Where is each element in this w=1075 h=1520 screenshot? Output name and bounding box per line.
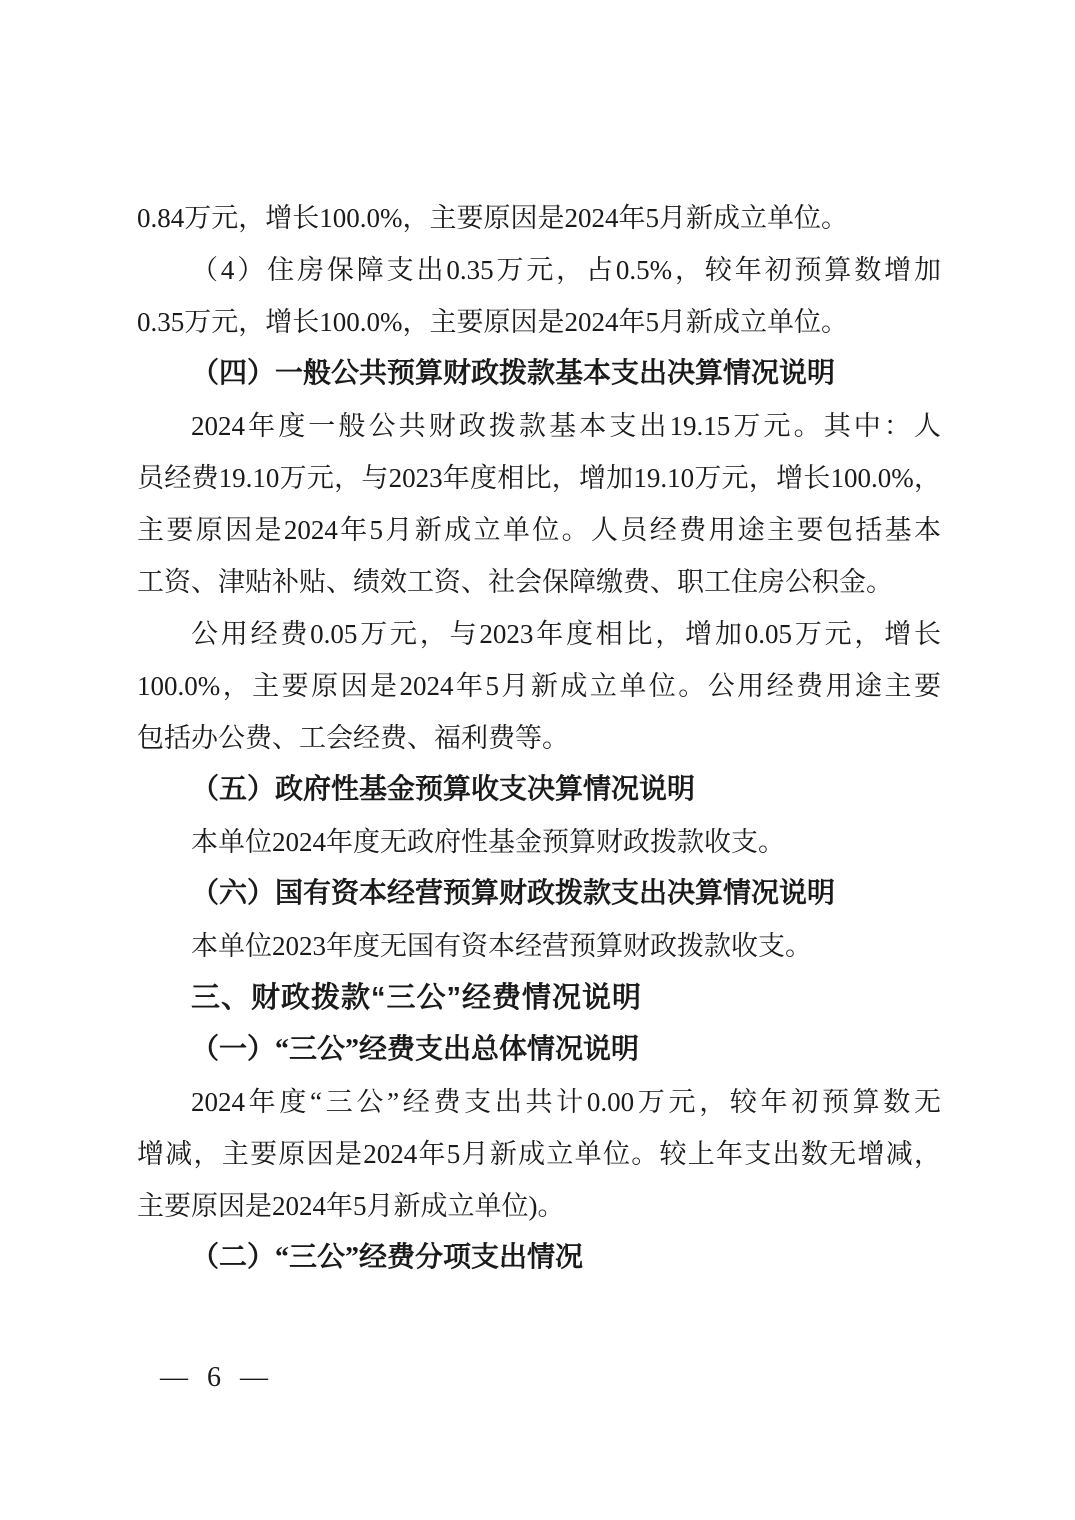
paragraph: 公用经费0.05万元，与2023年度相比，增加0.05万元，增长100.0%，主… <box>137 608 941 764</box>
section-heading: 三、财政拨款“三公”经费情况说明 <box>137 972 941 1024</box>
text-line: 主要原因是2024年5月新成立单位)。 <box>137 1180 941 1232</box>
heading-line: 三、财政拨款“三公”经费情况说明 <box>137 972 941 1024</box>
text-line: 0.84万元，增长100.0%，主要原因是2024年5月新成立单位。 <box>137 192 941 244</box>
document-body: 0.84万元，增长100.0%，主要原因是2024年5月新成立单位。（4）住房保… <box>137 192 941 1284</box>
paragraph: 本单位2024年度无政府性基金预算财政拨款收支。 <box>137 816 941 868</box>
text-line: 主要原因是2024年5月新成立单位。人员经费用途主要包括基本 <box>137 504 941 556</box>
heading-line: （一）“三公”经费支出总体情况说明 <box>137 1024 941 1076</box>
text-line: 员经费19.10万元，与2023年度相比，增加19.10万元，增长100.0%， <box>137 452 941 504</box>
heading-line: （六）国有资本经营预算财政拨款支出决算情况说明 <box>137 868 941 920</box>
text-line: 2024年度“三公”经费支出共计0.00万元，较年初预算数无 <box>137 1076 941 1128</box>
heading-line: （五）政府性基金预算收支决算情况说明 <box>137 764 941 816</box>
text-line: （4）住房保障支出0.35万元，占0.5%，较年初预算数增加 <box>137 244 941 296</box>
paragraph: 0.84万元，增长100.0%，主要原因是2024年5月新成立单位。 <box>137 192 941 244</box>
subsection-heading: （一）“三公”经费支出总体情况说明 <box>137 1024 941 1076</box>
page-number: — 6 — <box>160 1356 274 1400</box>
text-line: 增减，主要原因是2024年5月新成立单位。较上年支出数无增减， <box>137 1128 941 1180</box>
text-line: 2024年度一般公共财政拨款基本支出19.15万元。其中：人 <box>137 400 941 452</box>
paragraph: （4）住房保障支出0.35万元，占0.5%，较年初预算数增加0.35万元，增长1… <box>137 244 941 348</box>
text-line: 0.35万元，增长100.0%，主要原因是2024年5月新成立单位。 <box>137 296 941 348</box>
subsection-heading: （五）政府性基金预算收支决算情况说明 <box>137 764 941 816</box>
subsection-heading: （二）“三公”经费分项支出情况 <box>137 1232 941 1284</box>
text-line: 本单位2024年度无政府性基金预算财政拨款收支。 <box>137 816 941 868</box>
paragraph: 2024年度“三公”经费支出共计0.00万元，较年初预算数无增减，主要原因是20… <box>137 1076 941 1232</box>
text-line: 100.0%，主要原因是2024年5月新成立单位。公用经费用途主要 <box>137 660 941 712</box>
text-line: 公用经费0.05万元，与2023年度相比，增加0.05万元，增长 <box>137 608 941 660</box>
subsection-heading: （六）国有资本经营预算财政拨款支出决算情况说明 <box>137 868 941 920</box>
text-line: 本单位2023年度无国有资本经营预算财政拨款收支。 <box>137 920 941 972</box>
text-line: 工资、津贴补贴、绩效工资、社会保障缴费、职工住房公积金。 <box>137 556 941 608</box>
heading-line: （二）“三公”经费分项支出情况 <box>137 1232 941 1284</box>
text-line: 包括办公费、工会经费、福利费等。 <box>137 712 941 764</box>
document-page: 0.84万元，增长100.0%，主要原因是2024年5月新成立单位。（4）住房保… <box>0 0 1075 1520</box>
subsection-heading: （四）一般公共预算财政拨款基本支出决算情况说明 <box>137 348 941 400</box>
heading-line: （四）一般公共预算财政拨款基本支出决算情况说明 <box>137 348 941 400</box>
paragraph: 2024年度一般公共财政拨款基本支出19.15万元。其中：人员经费19.10万元… <box>137 400 941 608</box>
paragraph: 本单位2023年度无国有资本经营预算财政拨款收支。 <box>137 920 941 972</box>
